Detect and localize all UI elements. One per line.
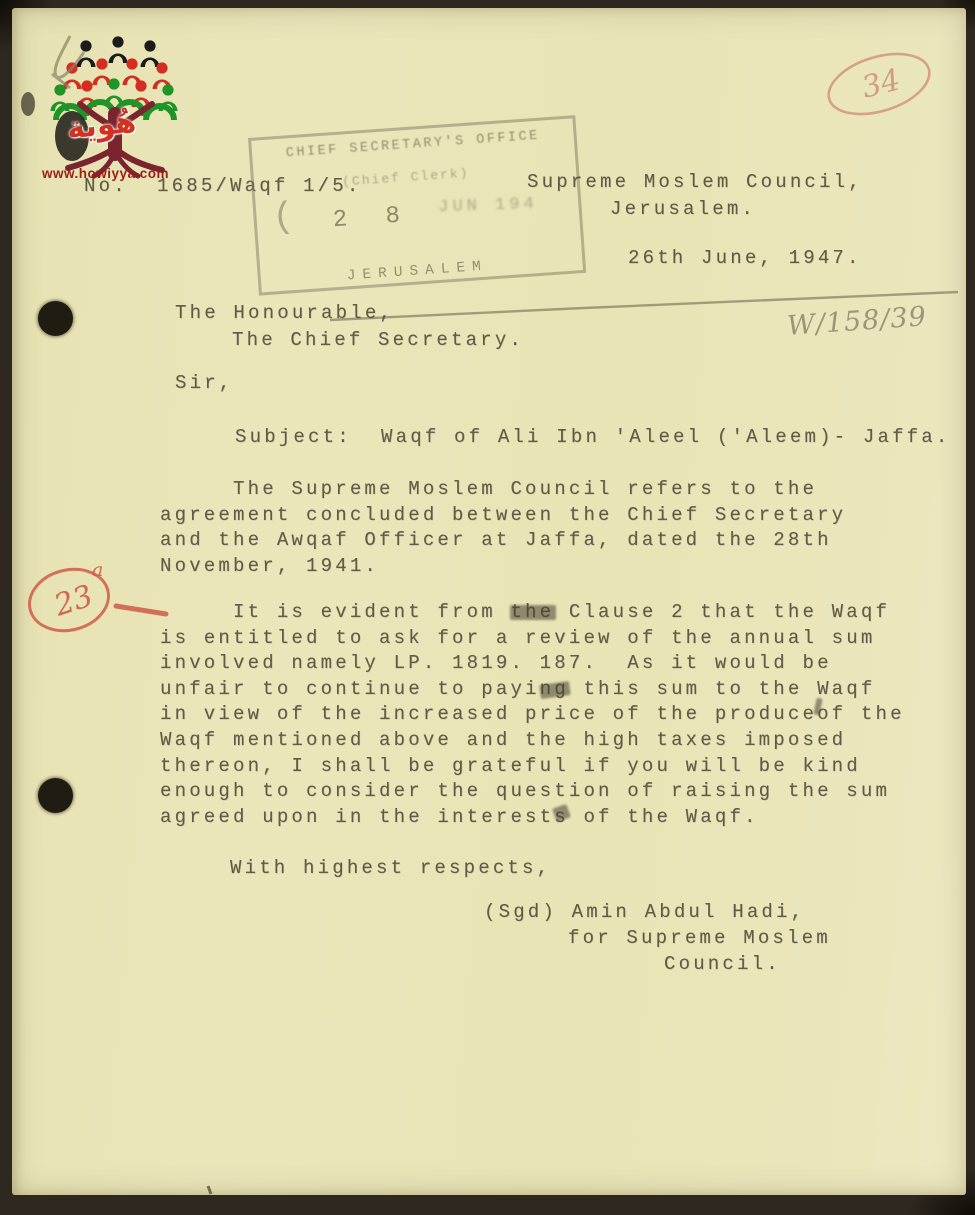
text-line: enough to consider the question of raisi…	[160, 779, 905, 805]
logo-people-row-black	[77, 36, 160, 67]
punch-hole-bottom	[38, 778, 73, 813]
handwritten-file-reference: W/158/39	[786, 301, 928, 342]
punch-hole-top	[38, 301, 73, 336]
body-paragraph-2: It is evident from the Clause 2 that the…	[160, 600, 905, 830]
stamp-bracket: (	[271, 196, 295, 238]
signature-line3: Council.	[664, 952, 781, 978]
logo-arabic-calligraphy: هُوية	[65, 104, 137, 146]
subject-line: Subject: Waqf of Ali Ibn 'Aleel ('Aleem)…	[235, 425, 951, 451]
chief-secretary-office-stamp: CHIEF SECRETARY'S OFFICE (Chief Clerk) (…	[248, 115, 586, 295]
body-paragraph-1: The Supreme Moslem Council refers to the…	[160, 477, 846, 579]
scanned-document: هُوية www.howiyya.com No. 1685/Waqf 1/5.…	[0, 0, 975, 1215]
text-line: agreed upon in the interests of the Waqf…	[160, 805, 905, 831]
signature-line1: (Sgd) Amin Abdul Hadi,	[484, 900, 805, 926]
letter-date: 26th June, 1947.	[628, 246, 862, 272]
text-line: Waqf mentioned above and the high taxes …	[160, 728, 905, 754]
stamp-date-day: 2 8	[332, 202, 413, 234]
text-line: and the Awqaf Officer at Jaffa, dated th…	[160, 528, 846, 554]
pencil-check-mark	[52, 36, 84, 88]
letter-paper: هُوية www.howiyya.com No. 1685/Waqf 1/5.…	[12, 8, 966, 1195]
stamp-clerk-line: (Chief Clerk)	[342, 166, 470, 190]
text-line: thereon, I shall be grateful if you will…	[160, 754, 905, 780]
stamp-city: JERUSALEM	[346, 259, 488, 285]
sender-org-line1: Supreme Moslem Council,	[527, 170, 863, 196]
recipient-line1: The Honourable,	[175, 301, 394, 327]
pencil-bottom-tick	[208, 1186, 211, 1194]
signature-line2: for Supreme Moslem	[568, 926, 831, 952]
overstrike-mark-the	[510, 605, 556, 620]
closing-line: With highest respects,	[230, 856, 551, 882]
circled-page-number: 34	[794, 36, 964, 131]
salutation: Sir,	[175, 371, 233, 397]
stamp-date-faint: JUN 194	[438, 195, 538, 217]
red-dash-mark	[116, 606, 166, 614]
logo-people-row-red	[63, 58, 172, 89]
circled-page-number-value: 34	[858, 62, 904, 105]
circled-file-number-superscript: a	[92, 559, 103, 581]
circled-file-number-value: 23	[49, 579, 97, 624]
text-line: is entitled to ask for a review of the a…	[160, 626, 905, 652]
text-line: in view of the increased price of the pr…	[160, 702, 905, 728]
pencil-edge-blob	[21, 92, 35, 116]
text-line: November, 1941.	[160, 554, 846, 580]
recipient-line2: The Chief Secretary.	[232, 328, 524, 354]
sender-org-line2: Jerusalem.	[610, 197, 756, 223]
text-line: unfair to continue to paying this sum to…	[160, 677, 905, 703]
text-line: agreement concluded between the Chief Se…	[160, 503, 846, 529]
text-line: The Supreme Moslem Council refers to the	[160, 477, 846, 503]
stamp-office-name: CHIEF SECRETARY'S OFFICE	[252, 126, 574, 163]
text-line: involved namely LP. 1819. 187. As it wou…	[160, 651, 905, 677]
